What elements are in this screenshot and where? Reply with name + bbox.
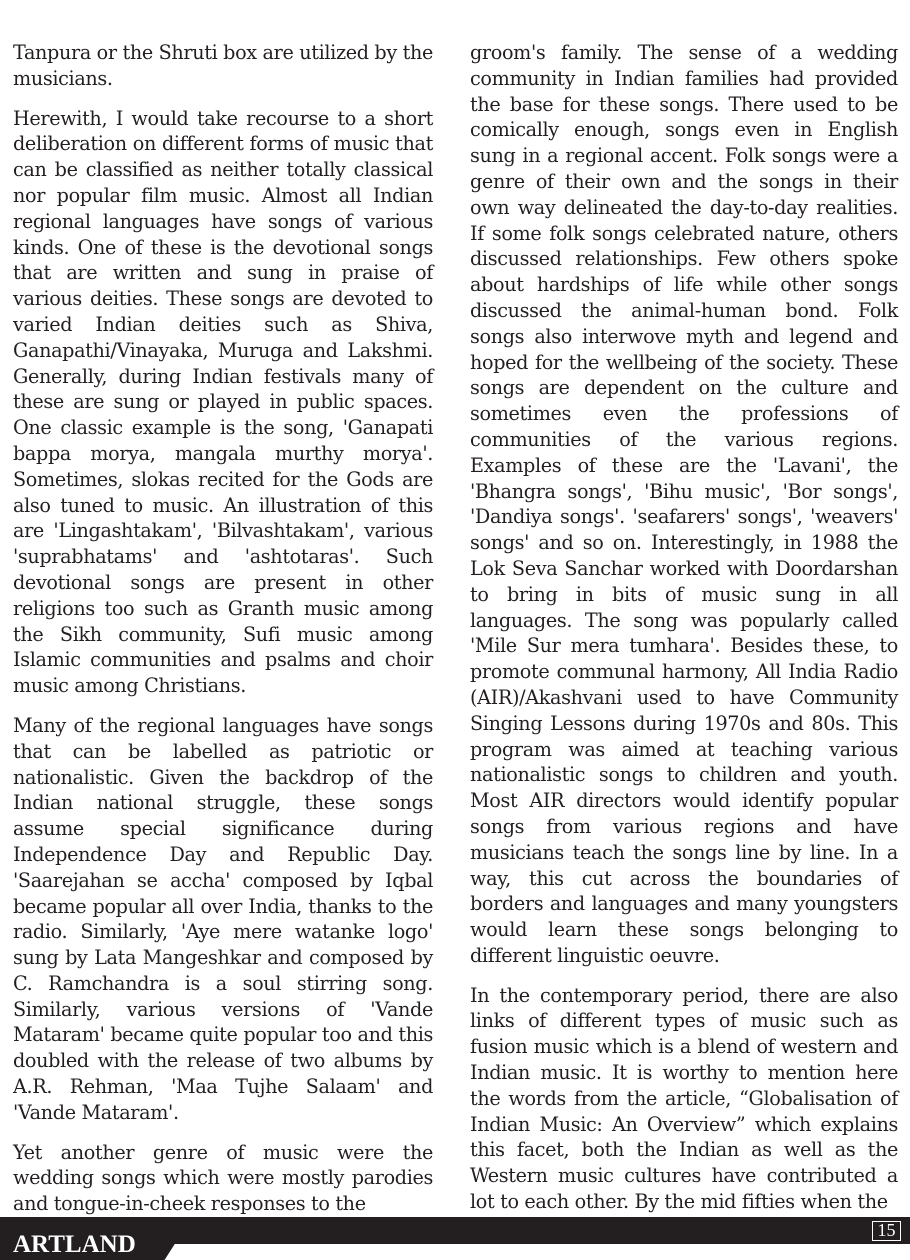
paragraph: Herewith, I would take recourse to a sho… <box>13 106 433 699</box>
magazine-brand: ARTLAND <box>13 1231 136 1259</box>
paragraph: groom's family. The sense of a wedding c… <box>470 40 898 969</box>
paragraph: Tanpura or the Shruti box are utilized b… <box>13 40 433 92</box>
paragraph: In the contemporary period, there are al… <box>470 983 898 1215</box>
left-column: Tanpura or the Shruti box are utilized b… <box>13 40 433 1231</box>
paragraph: Yet another genre of music were the wedd… <box>13 1140 433 1217</box>
right-column: groom's family. The sense of a wedding c… <box>470 40 898 1229</box>
paragraph: Many of the regional languages have song… <box>13 713 433 1126</box>
page-number: 15 <box>872 1221 901 1241</box>
